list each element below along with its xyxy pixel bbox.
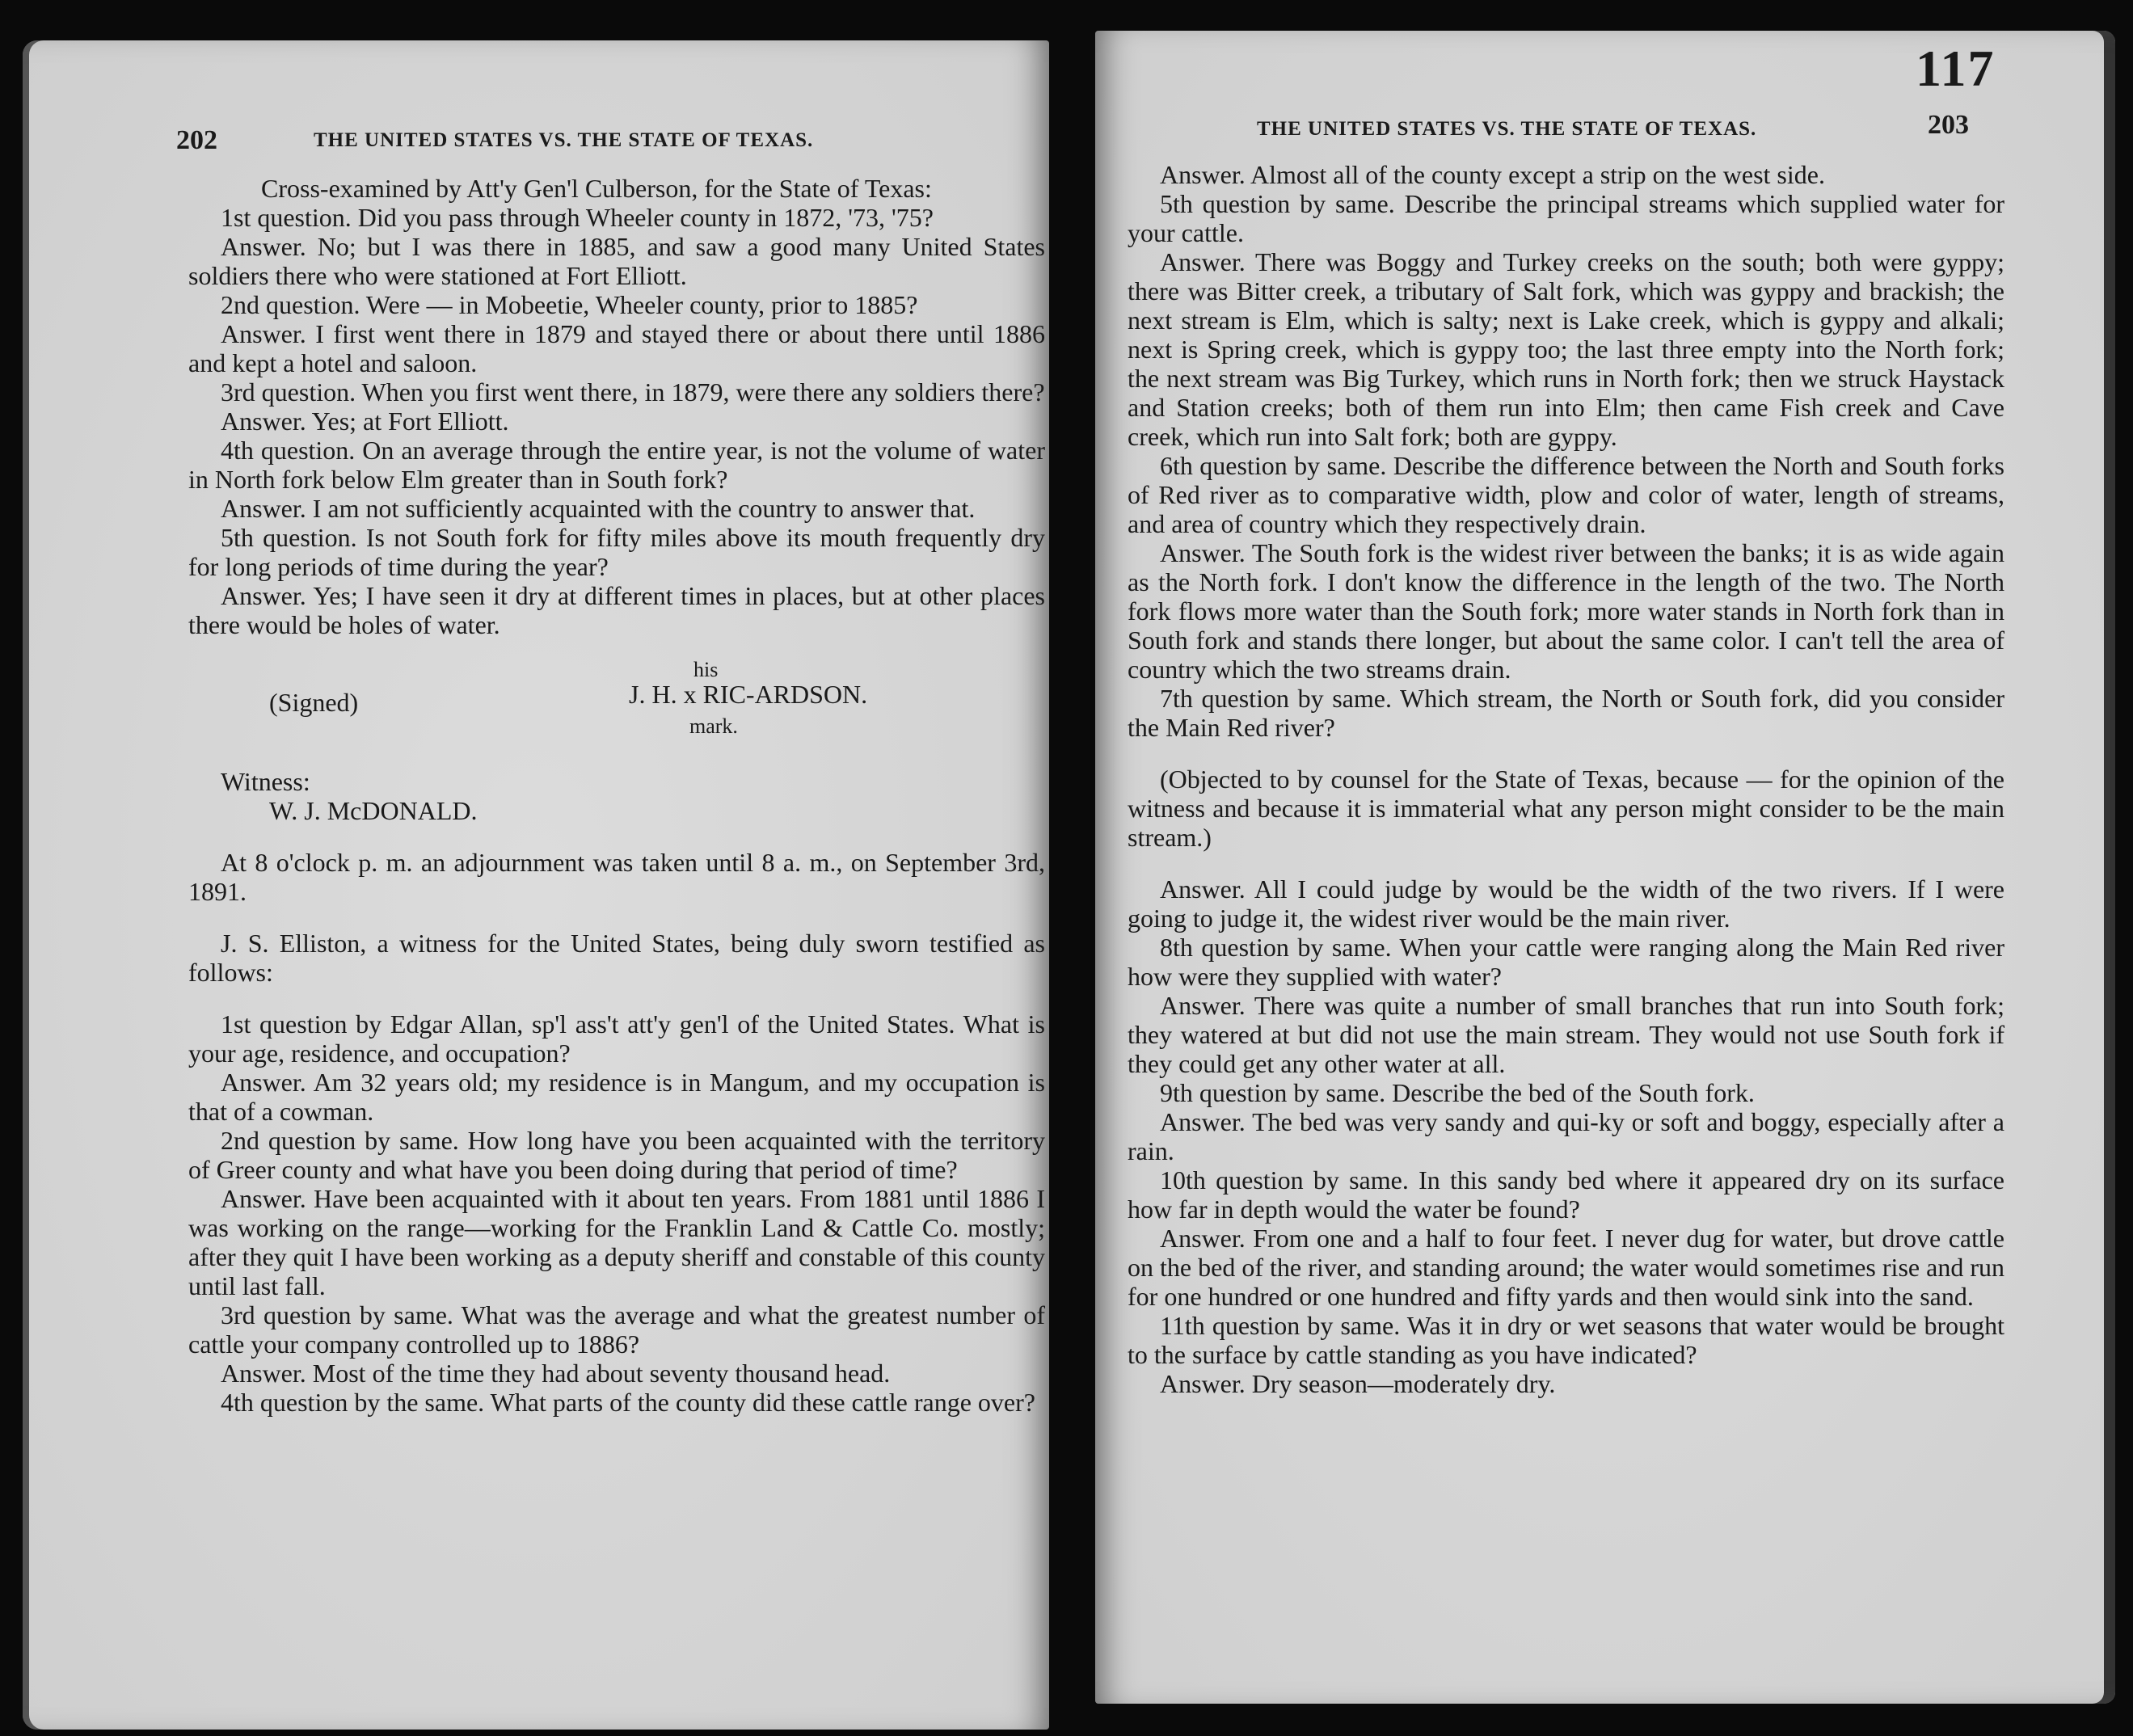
paragraph: Answer. Yes; I have seen it dry at diffe… — [188, 581, 1045, 639]
stamp-number: 117 — [1916, 39, 1995, 99]
page-number: 203 — [1928, 110, 1969, 141]
witness-label: Witness: — [188, 767, 1045, 796]
cross-exam-intro: Cross-examined by Att'y Gen'l Culberson,… — [188, 174, 1045, 203]
paragraph: 5th question by same. Describe the princ… — [1128, 189, 2004, 247]
paragraph: Answer. I am not sufficiently acquainted… — [188, 494, 1045, 523]
paragraph: Answer. All I could judge by would be th… — [1128, 874, 2004, 933]
paragraph: Answer. Yes; at Fort Elliott. — [188, 407, 1045, 436]
paragraph: Answer. Am 32 years old; my residence is… — [188, 1068, 1045, 1126]
elliston-intro: J. S. Elliston, a witness for the United… — [188, 929, 1045, 987]
objection: (Objected to by counsel for the State of… — [1128, 765, 2004, 852]
paragraph: 3rd question. When you first went there,… — [188, 377, 1045, 407]
paragraph: Answer. From one and a half to four feet… — [1128, 1224, 2004, 1311]
running-head: THE UNITED STATES VS. THE STATE OF TEXAS… — [1257, 118, 1756, 141]
paragraph: Answer. I first went there in 1879 and s… — [188, 319, 1045, 377]
paragraph: 4th question by the same. What parts of … — [188, 1388, 1045, 1417]
paragraph: Answer. No; but I was there in 1885, and… — [188, 232, 1045, 290]
signature-block: his (Signed) J. H. x RIC-ARDSON. mark. — [188, 655, 1045, 744]
signed-label: (Signed) — [269, 688, 358, 717]
paragraph: Answer. Have been acquainted with it abo… — [188, 1184, 1045, 1300]
paragraph: 10th question by same. In this sandy bed… — [1128, 1165, 2004, 1224]
signatory-name: J. H. x RIC-ARDSON. — [629, 680, 867, 709]
running-head: THE UNITED STATES VS. THE STATE OF TEXAS… — [314, 129, 813, 152]
paragraph: Answer. There was quite a number of smal… — [1128, 991, 2004, 1078]
paragraph: 11th question by same. Was it in dry or … — [1128, 1311, 2004, 1369]
right-page: 117 THE UNITED STATES VS. THE STATE OF T… — [1095, 31, 2115, 1704]
paragraph: Answer. The bed was very sandy and qui-k… — [1128, 1107, 2004, 1165]
paragraph: 2nd question by same. How long have you … — [188, 1126, 1045, 1184]
adjournment: At 8 o'clock p. m. an adjournment was ta… — [188, 848, 1045, 906]
paragraph: 8th question by same. When your cattle w… — [1128, 933, 2004, 991]
paragraph: Answer. Dry season—moderately dry. — [1128, 1369, 2004, 1398]
paragraph: 2nd question. Were — in Mobeetie, Wheele… — [188, 290, 1045, 319]
paragraph: 9th question by same. Describe the bed o… — [1128, 1078, 2004, 1107]
paragraph: 6th question by same. Describe the diffe… — [1128, 451, 2004, 538]
paragraph: Answer. There was Boggy and Turkey creek… — [1128, 247, 2004, 451]
paragraph: 1st question. Did you pass through Wheel… — [188, 203, 1045, 232]
paragraph: 3rd question by same. What was the avera… — [188, 1300, 1045, 1359]
paragraph: Answer. Most of the time they had about … — [188, 1359, 1045, 1388]
page-body: Cross-examined by Att'y Gen'l Culberson,… — [188, 174, 1045, 1417]
left-page: 202 THE UNITED STATES VS. THE STATE OF T… — [23, 40, 1049, 1730]
witness-name: W. J. McDONALD. — [188, 796, 1045, 825]
page-number: 202 — [176, 125, 217, 156]
paragraph: 1st question by Edgar Allan, sp'l ass't … — [188, 1009, 1045, 1068]
paragraph: 4th question. On an average through the … — [188, 436, 1045, 494]
page-body: Answer. Almost all of the county except … — [1128, 160, 2004, 1398]
paragraph: 5th question. Is not South fork for fift… — [188, 523, 1045, 581]
paragraph: 7th question by same. Which stream, the … — [1128, 684, 2004, 742]
paragraph: Answer. The South fork is the widest riv… — [1128, 538, 2004, 684]
paragraph: Answer. Almost all of the county except … — [1128, 160, 2004, 189]
signature-mark: mark. — [689, 712, 738, 741]
